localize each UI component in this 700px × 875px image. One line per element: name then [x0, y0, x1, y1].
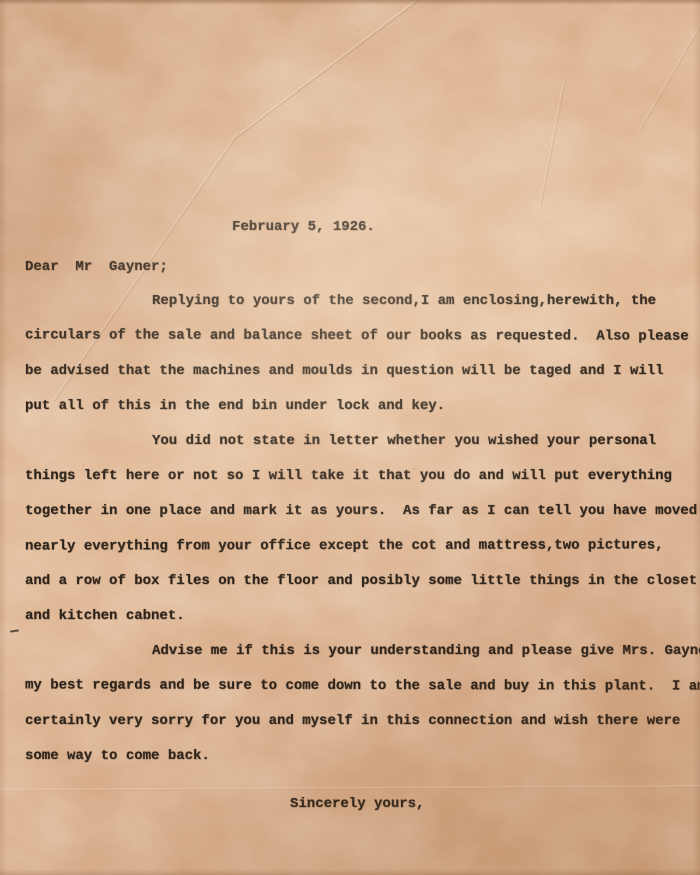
letter-body-line: and kitchen cabnet. [25, 609, 185, 623]
letter-date: February 5, 1926. [232, 220, 375, 234]
letter-body-line: and a row of box files on the floor and … [25, 574, 697, 588]
letter-sheet: February 5, 1926. Dear Mr Gayner; Replyi… [0, 0, 700, 875]
letter-body-line: some way to come back. [25, 749, 210, 763]
letter-closing: Sincerely yours, [290, 797, 424, 811]
letter-body-line: put all of this in the end bin under loc… [25, 399, 445, 413]
paper-crease [538, 78, 567, 206]
letter-salutation: Dear Mr Gayner; [25, 260, 168, 274]
letter-body-line: Replying to yours of the second,I am enc… [152, 294, 656, 308]
letter-body-line: my best regards and be sure to come down… [25, 678, 700, 693]
letter-body-line: nearly everything from your office excep… [25, 538, 664, 553]
letter-body-line: Advise me if this is your understanding … [152, 644, 700, 658]
letter-body-line: You did not state in letter whether you … [152, 434, 656, 448]
letter-body-line: together in one place and mark it as you… [25, 504, 697, 518]
paper-crease [235, 0, 431, 139]
paper-fold-line [0, 784, 700, 792]
letter-body-line: circulars of the sale and balance sheet … [25, 328, 689, 343]
letter-body-line: things left here or not so I will take i… [25, 469, 672, 483]
stray-pen-mark [10, 629, 19, 632]
letter-body-line: be advised that the machines and moulds … [25, 364, 664, 378]
paper-crease [638, 22, 700, 131]
letter-body-line: certainly very sorry for you and myself … [25, 714, 680, 728]
